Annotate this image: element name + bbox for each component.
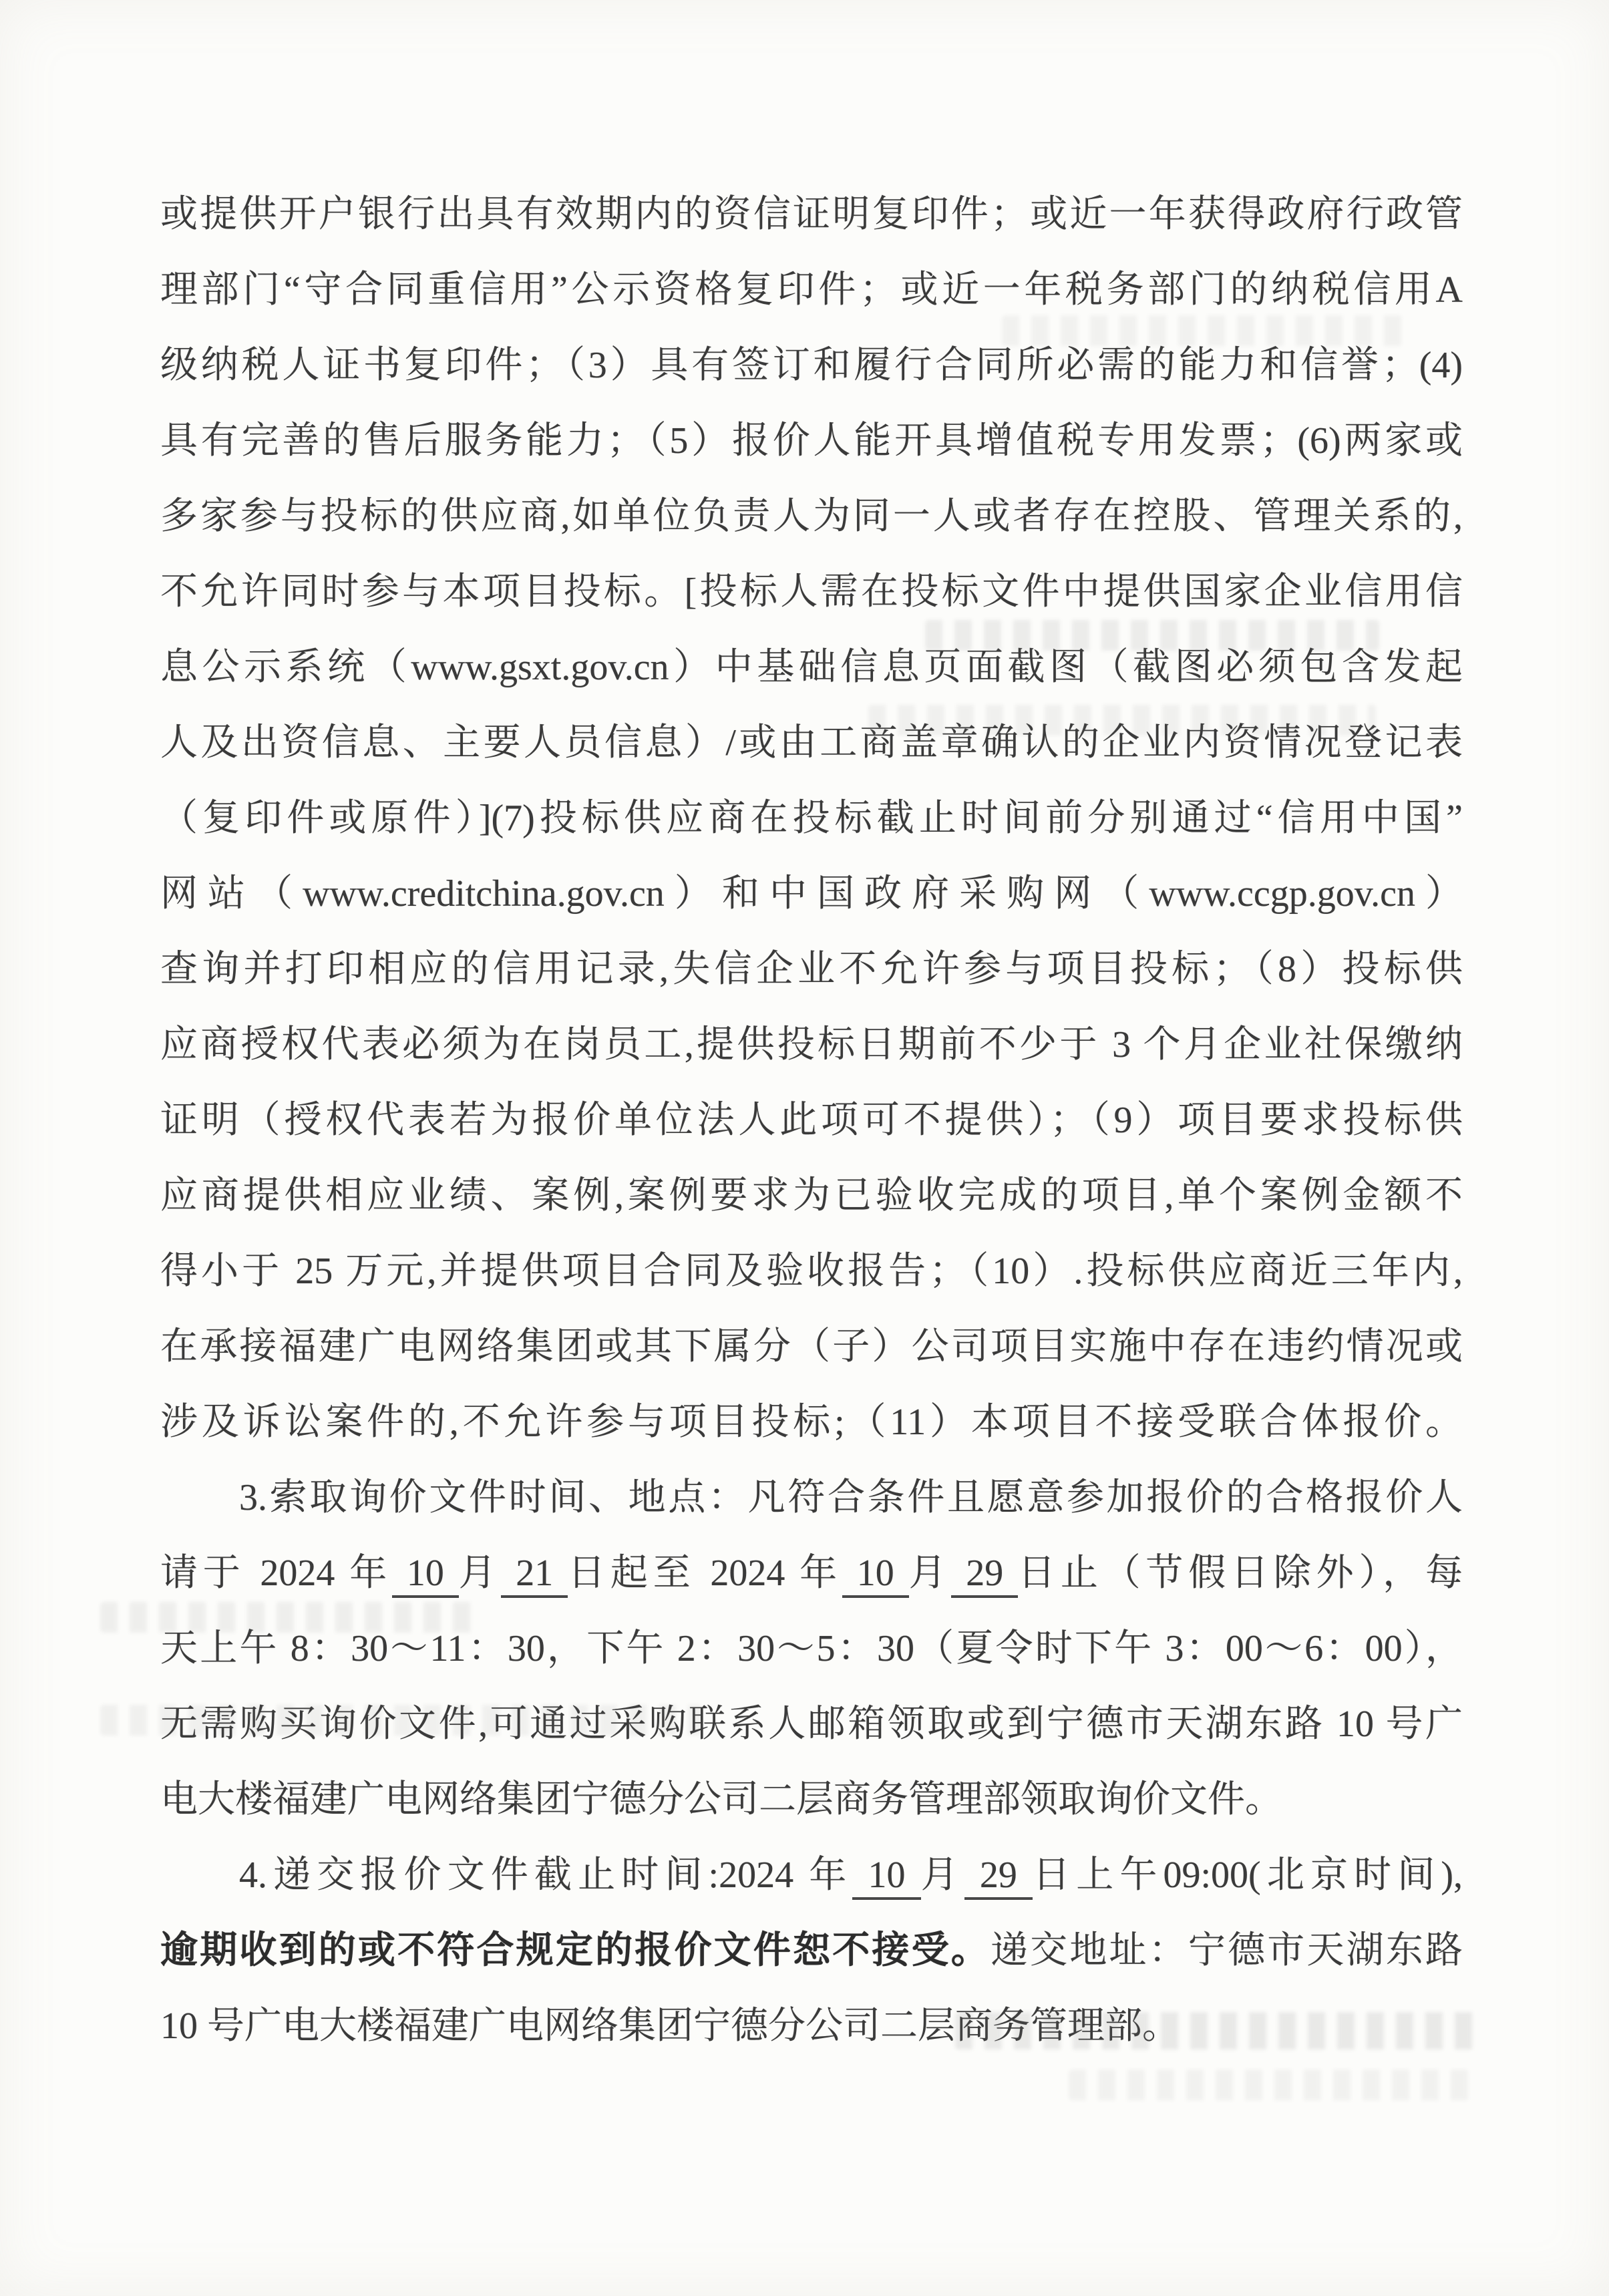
text-segment: 具有完善的售后服务能力；（5）报价人能开具增值税专用发票；(6)两家或 bbox=[160, 420, 1463, 462]
text-line: 3.索取询价文件时间、地点：凡符合条件且愿意参加报价的合格报价人 bbox=[160, 1460, 1463, 1536]
text-segment: 应商提供相应业绩、案例,案例要求为已验收完成的项目,单个案例金额不 bbox=[160, 1175, 1463, 1216]
text-segment: 月 bbox=[909, 1552, 952, 1594]
emphasis-text: 逾期收到的或不符合规定的报价文件恕不接受。 bbox=[160, 1930, 991, 1971]
text-line: 天上午 8：30～11：30，下午 2：30～5：30（夏令时下午 3：00～6… bbox=[160, 1611, 1463, 1687]
text-segment: 在承接福建广电网络集团或其下属分（子）公司项目实施中存在违约情况或 bbox=[160, 1326, 1463, 1367]
text-line: 在承接福建广电网络集团或其下属分（子）公司项目实施中存在违约情况或 bbox=[160, 1309, 1463, 1385]
text-line: 不允许同时参与本项目投标。[投标人需在投标文件中提供国家企业信用信 bbox=[160, 554, 1463, 630]
text-line: 10 号广电大楼福建广电网络集团宁德分公司二层商务管理部。 bbox=[160, 1989, 1463, 2064]
text-line: 逾期收到的或不符合规定的报价文件恕不接受。递交地址：宁德市天湖东路 bbox=[160, 1913, 1463, 1989]
text-line: 网站（www.creditchina.gov.cn）和中国政府采购网（www.c… bbox=[160, 856, 1463, 932]
text-line: （复印件或原件）](7)投标供应商在投标截止时间前分别通过“信用中国” bbox=[160, 781, 1463, 856]
text-line: 涉及诉讼案件的,不允许参与项目投标;（11）本项目不接受联合体报价。 bbox=[160, 1385, 1463, 1460]
fill-in-blank: 10 bbox=[842, 1552, 909, 1598]
text-segment: 理部门“守合同重信用”公示资格复印件；或近一年税务部门的纳税信用A bbox=[160, 269, 1463, 311]
fill-in-blank: 21 bbox=[501, 1552, 568, 1598]
text-segment: 月 bbox=[921, 1854, 964, 1896]
fill-in-blank: 29 bbox=[964, 1854, 1033, 1900]
text-line: 应商提供相应业绩、案例,案例要求为已验收完成的项目,单个案例金额不 bbox=[160, 1158, 1463, 1234]
text-segment: 网站（www.creditchina.gov.cn）和中国政府采购网（www.c… bbox=[160, 873, 1463, 915]
fill-in-blank: 10 bbox=[392, 1552, 459, 1598]
text-line: 无需购买询价文件,可通过采购联系人邮箱领取或到宁德市天湖东路 10 号广 bbox=[160, 1687, 1463, 1762]
text-segment: 查询并打印相应的信用记录,失信企业不允许参与项目投标；（8）投标供 bbox=[160, 949, 1463, 990]
text-line: 人及出资信息、主要人员信息）/或由工商盖章确认的企业内资情况登记表 bbox=[160, 705, 1463, 781]
text-line: 或提供开户银行出具有效期内的资信证明复印件；或近一年获得政府行政管 bbox=[160, 177, 1463, 253]
text-segment: 或提供开户银行出具有效期内的资信证明复印件；或近一年获得政府行政管 bbox=[160, 194, 1463, 235]
text-segment: 电大楼福建广电网络集团宁德分公司二层商务管理部领取询价文件。 bbox=[160, 1779, 1282, 1820]
text-segment: （复印件或原件）](7)投标供应商在投标截止时间前分别通过“信用中国” bbox=[160, 798, 1463, 839]
text-segment: 应商授权代表必须为在岗员工,提供投标日期前不少于 3 个月企业社保缴纳 bbox=[160, 1024, 1463, 1065]
text-segment: 10 号广电大楼福建广电网络集团宁德分公司二层商务管理部。 bbox=[160, 2005, 1180, 2047]
text-line: 理部门“守合同重信用”公示资格复印件；或近一年税务部门的纳税信用A bbox=[160, 253, 1463, 328]
text-segment: 不允许同时参与本项目投标。[投标人需在投标文件中提供国家企业信用信 bbox=[160, 571, 1463, 613]
fill-in-blank: 10 bbox=[852, 1854, 920, 1900]
document-body: 或提供开户银行出具有效期内的资信证明复印件；或近一年获得政府行政管理部门“守合同… bbox=[160, 177, 1463, 2064]
text-segment: 日上午09:00(北京时间), bbox=[1033, 1854, 1463, 1896]
text-line: 电大楼福建广电网络集团宁德分公司二层商务管理部领取询价文件。 bbox=[160, 1762, 1463, 1838]
text-line: 具有完善的售后服务能力；（5）报价人能开具增值税专用发票；(6)两家或 bbox=[160, 403, 1463, 479]
text-line: 级纳税人证书复印件；（3）具有签订和履行合同所必需的能力和信誉；(4) bbox=[160, 328, 1463, 403]
text-segment: 3.索取询价文件时间、地点：凡符合条件且愿意参加报价的合格报价人 bbox=[239, 1477, 1463, 1518]
text-segment: 4.递交报价文件截止时间:2024 年 bbox=[239, 1854, 852, 1896]
fill-in-blank: 29 bbox=[951, 1552, 1018, 1598]
text-line: 得小于 25 万元,并提供项目合同及验收报告；（10）.投标供应商近三年内, bbox=[160, 1234, 1463, 1309]
text-line: 应商授权代表必须为在岗员工,提供投标日期前不少于 3 个月企业社保缴纳 bbox=[160, 1007, 1463, 1083]
text-segment: 无需购买询价文件,可通过采购联系人邮箱领取或到宁德市天湖东路 10 号广 bbox=[160, 1703, 1463, 1745]
text-line: 查询并打印相应的信用记录,失信企业不允许参与项目投标；（8）投标供 bbox=[160, 932, 1463, 1007]
text-segment: 天上午 8：30～11：30，下午 2：30～5：30（夏令时下午 3：00～6… bbox=[160, 1628, 1463, 1669]
text-segment: 递交地址：宁德市天湖东路 bbox=[991, 1930, 1463, 1971]
scan-bleedthrough bbox=[1069, 2070, 1469, 2100]
text-segment: 息公示系统（www.gsxt.gov.cn）中基础信息页面截图（截图必须包含发起 bbox=[160, 647, 1463, 688]
text-segment: 多家参与投标的供应商,如单位负责人为同一人或者存在控股、管理关系的, bbox=[160, 496, 1463, 537]
text-segment: 涉及诉讼案件的,不允许参与项目投标;（11）本项目不接受联合体报价。 bbox=[160, 1402, 1463, 1443]
text-segment: 得小于 25 万元,并提供项目合同及验收报告；（10）.投标供应商近三年内, bbox=[160, 1251, 1463, 1292]
text-segment: 级纳税人证书复印件；（3）具有签订和履行合同所必需的能力和信誉；(4) bbox=[160, 345, 1463, 386]
text-line: 息公示系统（www.gsxt.gov.cn）中基础信息页面截图（截图必须包含发起 bbox=[160, 630, 1463, 705]
text-line: 请于 2024 年 10 月 21 日起至 2024 年 10 月 29 日止（… bbox=[160, 1536, 1463, 1611]
text-segment: 日起至 2024 年 bbox=[568, 1552, 842, 1594]
text-line: 证明（授权代表若为报价单位法人此项可不提供）；（9）项目要求投标供 bbox=[160, 1083, 1463, 1158]
text-line: 多家参与投标的供应商,如单位负责人为同一人或者存在控股、管理关系的, bbox=[160, 479, 1463, 554]
text-line: 4.递交报价文件截止时间:2024 年 10 月 29 日上午09:00(北京时… bbox=[160, 1838, 1463, 1913]
text-segment: 日止（节假日除外），每 bbox=[1018, 1552, 1463, 1594]
text-segment: 月 bbox=[459, 1552, 502, 1594]
scanned-document-page: 或提供开户银行出具有效期内的资信证明复印件；或近一年获得政府行政管理部门“守合同… bbox=[0, 0, 1609, 2296]
text-segment: 人及出资信息、主要人员信息）/或由工商盖章确认的企业内资情况登记表 bbox=[160, 722, 1463, 764]
text-segment: 证明（授权代表若为报价单位法人此项可不提供）；（9）项目要求投标供 bbox=[160, 1100, 1463, 1141]
text-segment: 请于 2024 年 bbox=[160, 1552, 392, 1594]
